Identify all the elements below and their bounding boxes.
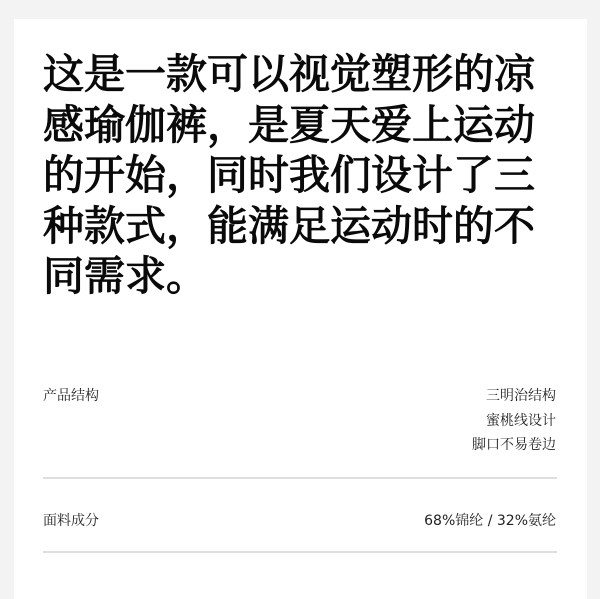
product-description-card: 这是一款可以视觉塑形的凉感瑜伽裤，是夏天爱上运动的开始，同时我们设计了三种款式，… bbox=[14, 19, 587, 583]
spec-value: 蜜桃线设计 bbox=[472, 409, 556, 434]
spec-value: 脚口不易卷边 bbox=[472, 433, 556, 458]
divider bbox=[43, 477, 557, 479]
product-headline: 这是一款可以视觉塑形的凉感瑜伽裤，是夏天爱上运动的开始，同时我们设计了三种款式，… bbox=[43, 49, 563, 302]
spec-label: 产品结构 bbox=[43, 384, 99, 408]
spec-label: 面料成分 bbox=[43, 509, 99, 533]
spec-values: 68%锦纶 / 32%氨纶 bbox=[424, 509, 556, 534]
spec-values: 三明治结构 蜜桃线设计 脚口不易卷边 bbox=[472, 384, 556, 458]
spec-value: 68%锦纶 / 32%氨纶 bbox=[424, 509, 556, 534]
spec-row-fabric: 面料成分 68%锦纶 / 32%氨纶 bbox=[43, 509, 556, 534]
divider bbox=[43, 551, 557, 553]
spec-value: 三明治结构 bbox=[472, 384, 556, 409]
spec-row-structure: 产品结构 三明治结构 蜜桃线设计 脚口不易卷边 bbox=[43, 384, 556, 458]
